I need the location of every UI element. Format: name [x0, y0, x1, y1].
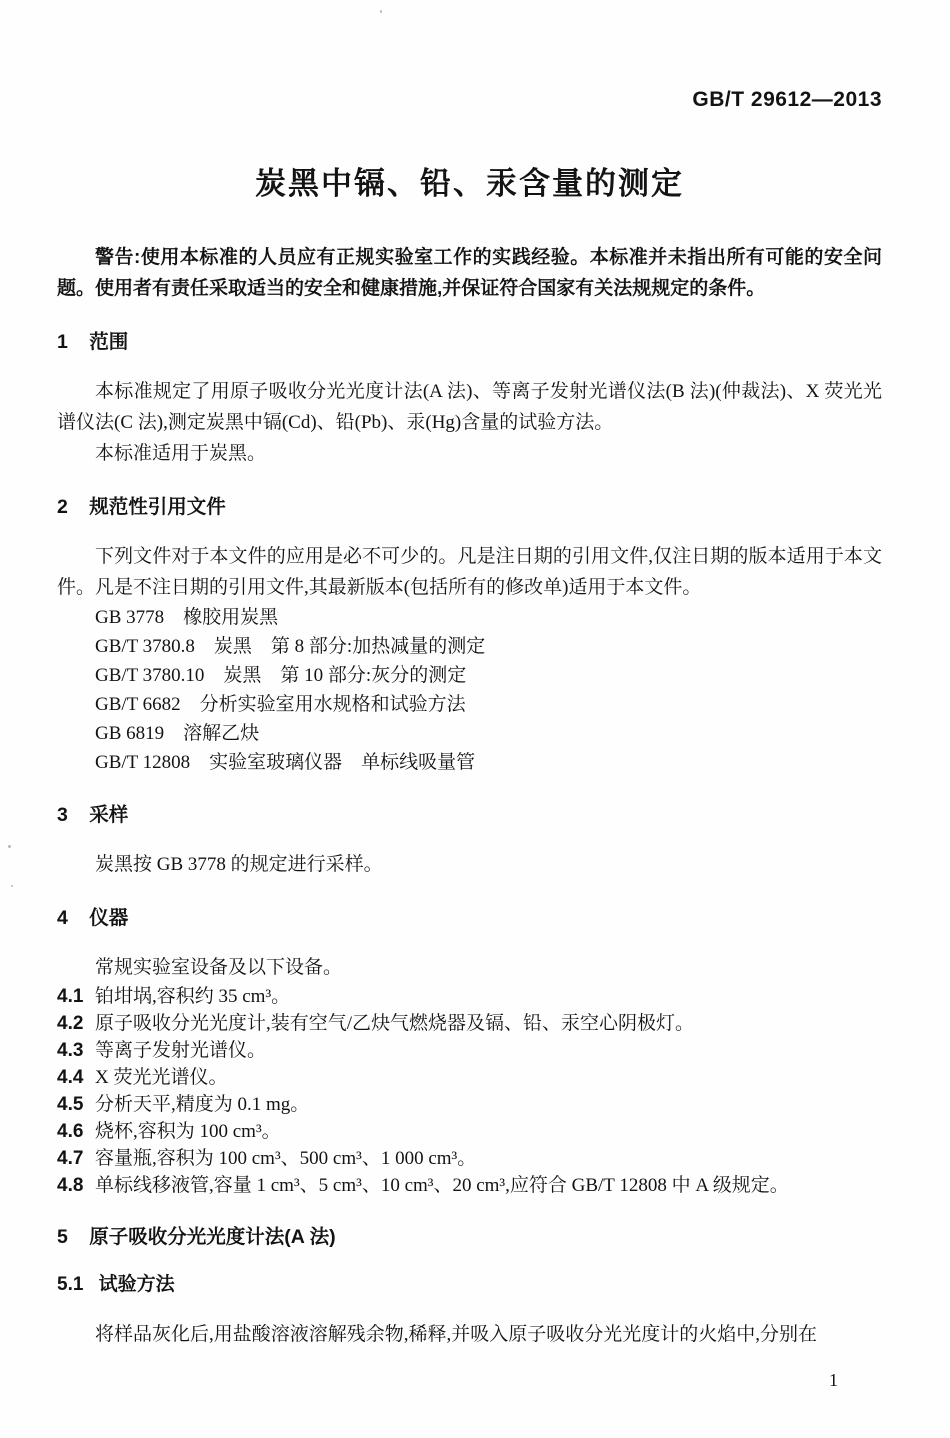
clause-item: 4.6烧杯,容积为 100 cm³。 [57, 1118, 882, 1145]
clause-text: 原子吸收分光光度计,装有空气/乙炔气燃烧器及镉、铅、汞空心阴极灯。 [95, 1013, 694, 1034]
subsection-number: 5.1 [57, 1271, 83, 1299]
section-number: 3 [57, 801, 68, 829]
apparatus-clause-list: 4.1铂坩埚,容积约 35 cm³。 4.2原子吸收分光光度计,装有空气/乙炔气… [57, 983, 882, 1199]
apparatus-intro-paragraph: 常规实验室设备及以下设备。 [57, 952, 882, 983]
reference-item: GB 6819 溶解乙炔 [57, 719, 882, 748]
clause-item: 4.8单标线移液管,容量 1 cm³、5 cm³、10 cm³、20 cm³,应… [57, 1172, 882, 1199]
clause-text: X 荧光光谱仪。 [95, 1067, 227, 1088]
section-title: 规范性引用文件 [89, 496, 226, 518]
page-number: 1 [829, 1370, 838, 1390]
sampling-paragraph: 炭黑按 GB 3778 的规定进行采样。 [57, 849, 882, 880]
standard-code: GB/T 29612—2013 [692, 88, 882, 111]
clause-item: 4.4X 荧光光谱仪。 [57, 1064, 882, 1091]
scan-speck [8, 845, 11, 848]
warning-paragraph: 警告:使用本标准的人员应有正规实验室工作的实践经验。本标准并未指出所有可能的安全… [57, 242, 882, 304]
section-heading-normative-references: 2规范性引用文件 [57, 493, 882, 521]
clause-text: 烧杯,容积为 100 cm³。 [95, 1121, 281, 1142]
clause-text: 容量瓶,容积为 100 cm³、500 cm³、1 000 cm³。 [95, 1148, 476, 1169]
section-heading-sampling: 3采样 [57, 801, 882, 829]
clause-text: 等离子发射光谱仪。 [95, 1040, 266, 1061]
reference-item: GB 3778 橡胶用炭黑 [57, 603, 882, 632]
clause-number: 4.2 [57, 1010, 95, 1037]
clause-text: 铂坩埚,容积约 35 cm³。 [95, 986, 290, 1007]
reference-list: GB 3778 橡胶用炭黑 GB/T 3780.8 炭黑 第 8 部分:加热减量… [57, 603, 882, 777]
clause-text: 分析天平,精度为 0.1 mg。 [95, 1094, 309, 1115]
section-title: 原子吸收分光光度计法(A 法) [89, 1226, 335, 1248]
section-title: 范围 [89, 331, 128, 353]
document-page: GB/T 29612—2013 炭黑中镉、铅、汞含量的测定 警告:使用本标准的人… [0, 0, 950, 1438]
normative-references-paragraph: 下列文件对于本文件的应用是必不可少的。凡是注日期的引用文件,仅注日期的版本适用于… [57, 541, 882, 603]
section-title: 仪器 [89, 907, 128, 929]
clause-item: 4.2原子吸收分光光度计,装有空气/乙炔气燃烧器及镉、铅、汞空心阴极灯。 [57, 1010, 882, 1037]
clause-item: 4.3等离子发射光谱仪。 [57, 1037, 882, 1064]
subsection-title: 试验方法 [99, 1274, 175, 1295]
section-heading-aas-method: 5原子吸收分光光度计法(A 法) [57, 1223, 882, 1251]
clause-number: 4.8 [57, 1172, 95, 1199]
clause-number: 4.7 [57, 1145, 95, 1172]
reference-item: GB/T 3780.8 炭黑 第 8 部分:加热减量的测定 [57, 632, 882, 661]
section-title: 采样 [89, 804, 128, 826]
section-number: 2 [57, 493, 68, 521]
clause-number: 4.6 [57, 1118, 95, 1145]
clause-number: 4.3 [57, 1037, 95, 1064]
clause-number: 4.4 [57, 1064, 95, 1091]
section-number: 4 [57, 904, 68, 932]
section-heading-scope: 1范围 [57, 328, 882, 356]
reference-item: GB/T 6682 分析实验室用水规格和试验方法 [57, 690, 882, 719]
scan-speck [380, 10, 382, 13]
clause-item: 4.1铂坩埚,容积约 35 cm³。 [57, 983, 882, 1010]
scope-paragraph: 本标准规定了用原子吸收分光光度计法(A 法)、等离子发射光谱仪法(B 法)(仲裁… [57, 376, 882, 438]
clause-number: 4.5 [57, 1091, 95, 1118]
clause-text: 单标线移液管,容量 1 cm³、5 cm³、10 cm³、20 cm³,应符合 … [95, 1175, 789, 1196]
section-number: 1 [57, 328, 68, 356]
reference-item: GB/T 3780.10 炭黑 第 10 部分:灰分的测定 [57, 661, 882, 690]
test-method-paragraph: 将样品灰化后,用盐酸溶液溶解残余物,稀释,并吸入原子吸收分光光度计的火焰中,分别… [57, 1319, 882, 1350]
scope-applies-paragraph: 本标准适用于炭黑。 [57, 438, 882, 469]
section-number: 5 [57, 1223, 68, 1251]
clause-item: 4.5分析天平,精度为 0.1 mg。 [57, 1091, 882, 1118]
reference-item: GB/T 12808 实验室玻璃仪器 单标线吸量管 [57, 748, 882, 777]
section-heading-apparatus: 4仪器 [57, 904, 882, 932]
document-header: GB/T 29612—2013 [57, 88, 882, 112]
page-title: 炭黑中镉、铅、汞含量的测定 [57, 164, 882, 204]
scan-speck [11, 885, 13, 887]
subsection-heading-test-method: 5.1试验方法 [57, 1271, 882, 1299]
clause-number: 4.1 [57, 983, 95, 1010]
clause-item: 4.7容量瓶,容积为 100 cm³、500 cm³、1 000 cm³。 [57, 1145, 882, 1172]
